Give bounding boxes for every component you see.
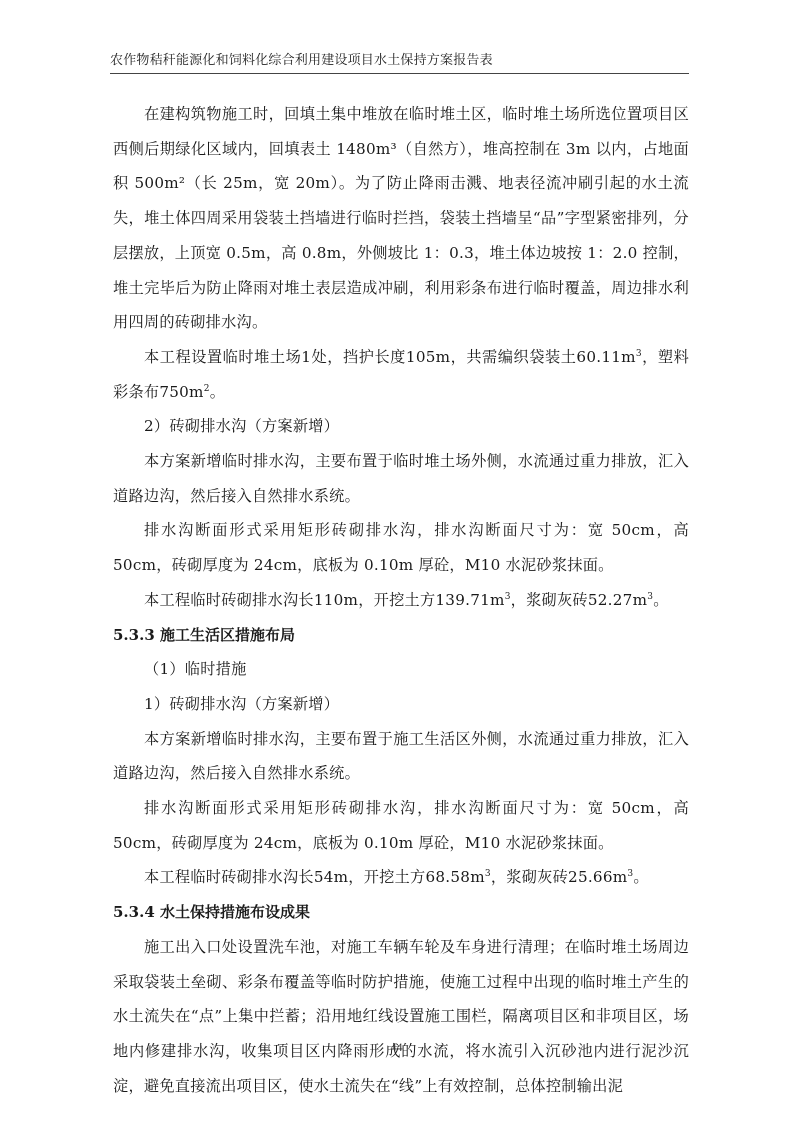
paragraph-living-area-drain-quantities: 本工程临时砖砌排水沟长54m，开挖土方68.58m3，浆砌灰砖25.66m3。	[113, 860, 689, 895]
report-title: 农作物秸秆能源化和饲料化综合利用建设项目水土保持方案报告表	[110, 53, 493, 68]
item-brick-drain-title: 2）砖砌排水沟（方案新增）	[113, 409, 689, 444]
section-heading-5-3-3: 5.3.3 施工生活区措施布局	[113, 618, 689, 653]
document-body: 在建构筑物施工时，回填土集中堆放在临时堆土区，临时堆土场所选位置项目区西侧后期绿…	[113, 97, 689, 1103]
page-number: 44	[0, 1040, 793, 1055]
paragraph-stockpile-quantities: 本工程设置临时堆土场1处，挡护长度105m，共需编织袋装土60.11m3，塑料彩…	[113, 340, 689, 409]
paragraph-drain-quantities: 本工程临时砖砌排水沟长110m，开挖土方139.71m3，浆砌灰砖52.27m3…	[113, 583, 689, 618]
paragraph-measures-results: 施工出入口处设置洗车池，对施工车辆车轮及车身进行清理；在临时堆土场周边采取袋装土…	[113, 930, 689, 1104]
section-heading-5-3-4: 5.3.4 水土保持措施布设成果	[113, 895, 689, 930]
paragraph-drain-section: 排水沟断面形式采用矩形砖砌排水沟，排水沟断面尺寸为：宽 50cm，高 50cm，…	[113, 513, 689, 582]
paragraph-living-area-drain-section: 排水沟断面形式采用矩形砖砌排水沟，排水沟断面尺寸为：宽 50cm，高 50cm，…	[113, 791, 689, 860]
paragraph-drain-layout: 本方案新增临时排水沟，主要布置于临时堆土场外侧，水流通过重力排放，汇入道路边沟，…	[113, 444, 689, 513]
item-brick-drain-title-2: 1）砖砌排水沟（方案新增）	[113, 687, 689, 722]
paragraph-living-area-drain-layout: 本方案新增临时排水沟，主要布置于施工生活区外侧，水流通过重力排放，汇入道路边沟，…	[113, 722, 689, 791]
subheading-temporary-measures: （1）临时措施	[113, 652, 689, 687]
page-header: 农作物秸秆能源化和饲料化综合利用建设项目水土保持方案报告表	[110, 52, 689, 74]
paragraph-stockpile-description: 在建构筑物施工时，回填土集中堆放在临时堆土区，临时堆土场所选位置项目区西侧后期绿…	[113, 97, 689, 340]
